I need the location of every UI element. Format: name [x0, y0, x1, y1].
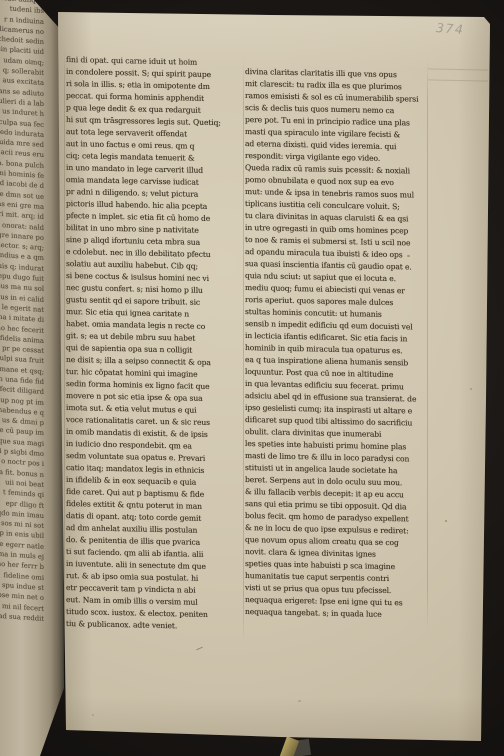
fox-spot — [92, 714, 94, 716]
facing-page-text: ificat. adliquetudeni ibsr n indiuinadic… — [0, 0, 44, 624]
fox-spot — [470, 388, 472, 390]
manuscript-photo: ificat. adliquetudeni ibsr n indiuinadic… — [0, 0, 504, 756]
fox-spot — [445, 520, 447, 522]
ruling-line-center — [243, 58, 244, 644]
page-number-pencil: 374 — [436, 20, 465, 37]
ruling-line-left — [64, 46, 65, 640]
facing-page-edge: ificat. adliquetudeni ibsr n indiuinadic… — [0, 0, 66, 756]
fox-spot — [298, 700, 301, 702]
fox-spot — [407, 255, 410, 257]
text-column-right: divina claritas claritatis illi que vns … — [245, 66, 428, 622]
text-column-left: fini di opat. qui carne iduit ut hoimin … — [66, 54, 242, 634]
